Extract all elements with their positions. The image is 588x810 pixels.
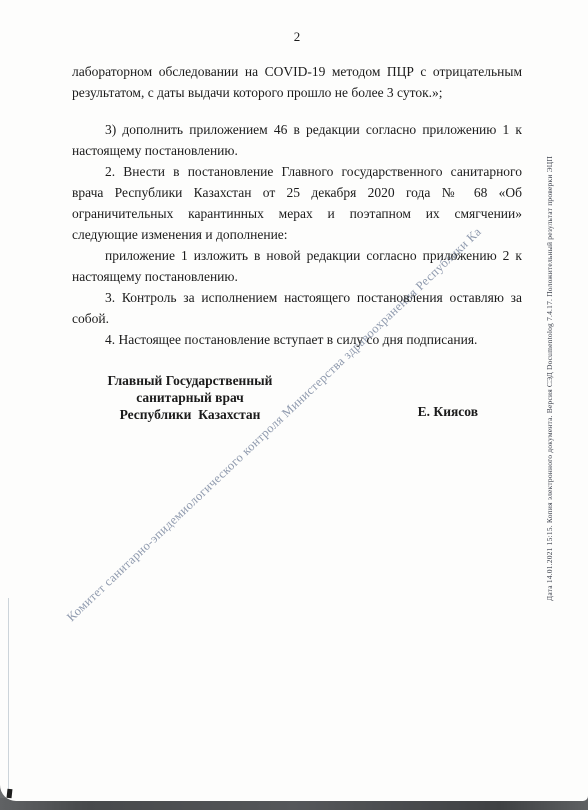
signatory-title: Главный Государственный санитарный врач …: [102, 372, 278, 423]
corner-scan-artifact: [7, 789, 13, 798]
paper-sheet: Комитет санитарно-эпидемиологического ко…: [0, 0, 588, 801]
body-paragraph: 2. Внести в постановление Главного госуд…: [72, 161, 522, 245]
body-text: лабораторном обследовании на COVID-19 ме…: [72, 61, 522, 350]
signatory-title-line: санитарный врач: [102, 389, 278, 406]
page-fold-line: [8, 598, 9, 794]
signature-block: Главный Государственный санитарный врач …: [72, 372, 522, 423]
body-paragraph: 4. Настоящее постановление вступает в си…: [72, 329, 522, 350]
signatory-name: Е. Киясов: [418, 401, 478, 423]
body-paragraph: лабораторном обследовании на COVID-19 ме…: [72, 61, 522, 103]
scanned-document-page: Комитет санитарно-эпидемиологического ко…: [0, 0, 588, 810]
document-content: 2 лабораторном обследовании на COVID-19 …: [0, 0, 588, 423]
page-number: 2: [72, 26, 522, 47]
signatory-title-line: Главный Государственный: [102, 372, 278, 389]
body-paragraph: приложение 1 изложить в новой редакции с…: [72, 245, 522, 287]
signatory-title-line: Республики Казахстан: [102, 406, 278, 423]
body-paragraph: 3) дополнить приложением 46 в редакции с…: [72, 119, 522, 161]
body-paragraph: 3. Контроль за исполнением настоящего по…: [72, 287, 522, 329]
